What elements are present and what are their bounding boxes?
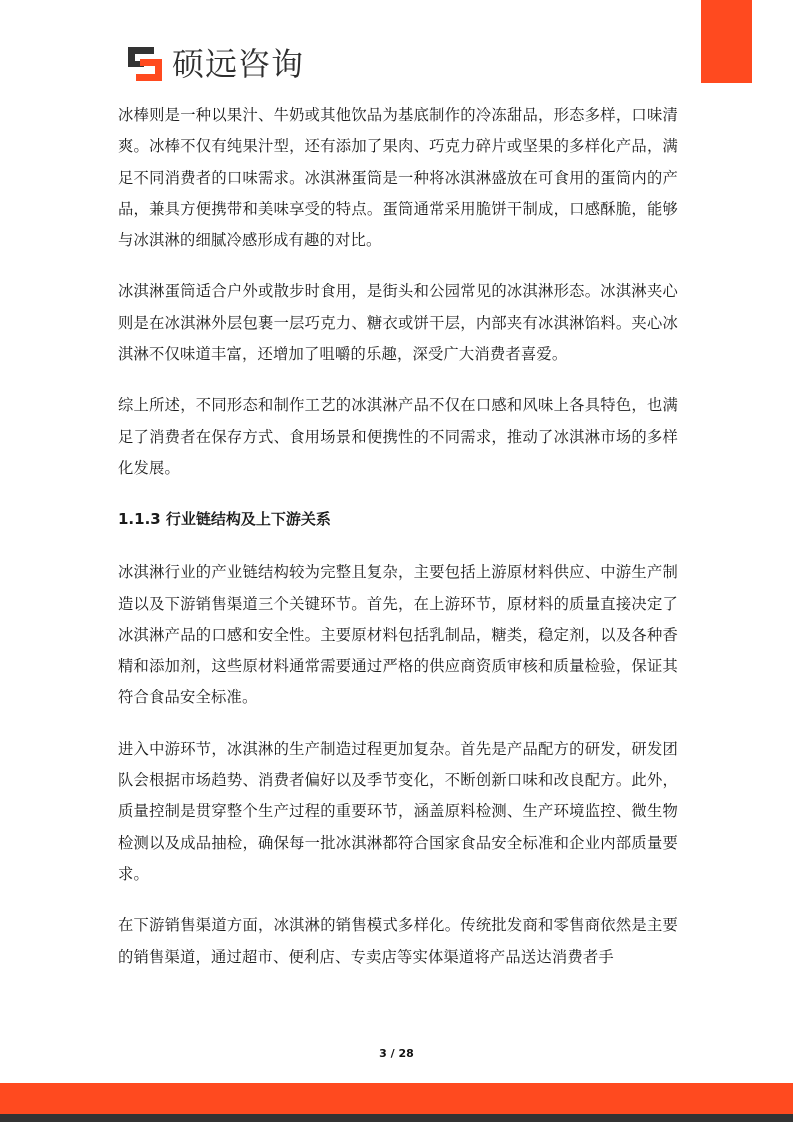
brand-name: 硕远咨询 bbox=[172, 44, 304, 84]
brand-logo: 硕远咨询 bbox=[126, 44, 304, 84]
corner-accent-tab bbox=[701, 0, 752, 83]
brand-logo-icon bbox=[126, 45, 164, 83]
paragraph: 进入中游环节，冰淇淋的生产制造过程更加复杂。首先是产品配方的研发，研发团队会根据… bbox=[118, 734, 678, 890]
paragraph: 冰淇淋蛋筒适合户外或散步时食用，是街头和公园常见的冰淇淋形态。冰淇淋夹心则是在冰… bbox=[118, 276, 678, 370]
document-body: 冰棒则是一种以果汁、牛奶或其他饮品为基底制作的冷冻甜品，形态多样，口味清爽。冰棒… bbox=[118, 100, 678, 993]
paragraph: 冰淇淋行业的产业链结构较为完整且复杂，主要包括上游原材料供应、中游生产制造以及下… bbox=[118, 557, 678, 713]
section-heading: 1.1.3 行业链结构及上下游关系 bbox=[118, 504, 678, 535]
paragraph: 在下游销售渠道方面，冰淇淋的销售模式多样化。传统批发商和零售商依然是主要的销售渠… bbox=[118, 910, 678, 973]
paragraph: 冰棒则是一种以果汁、牛奶或其他饮品为基底制作的冷冻甜品，形态多样，口味清爽。冰棒… bbox=[118, 100, 678, 256]
footer-dark-band bbox=[0, 1114, 793, 1122]
page-indicator: 3 / 28 bbox=[0, 1047, 793, 1060]
footer-accent-band bbox=[0, 1083, 793, 1114]
paragraph: 综上所述，不同形态和制作工艺的冰淇淋产品不仅在口感和风味上各具特色，也满足了消费… bbox=[118, 390, 678, 484]
